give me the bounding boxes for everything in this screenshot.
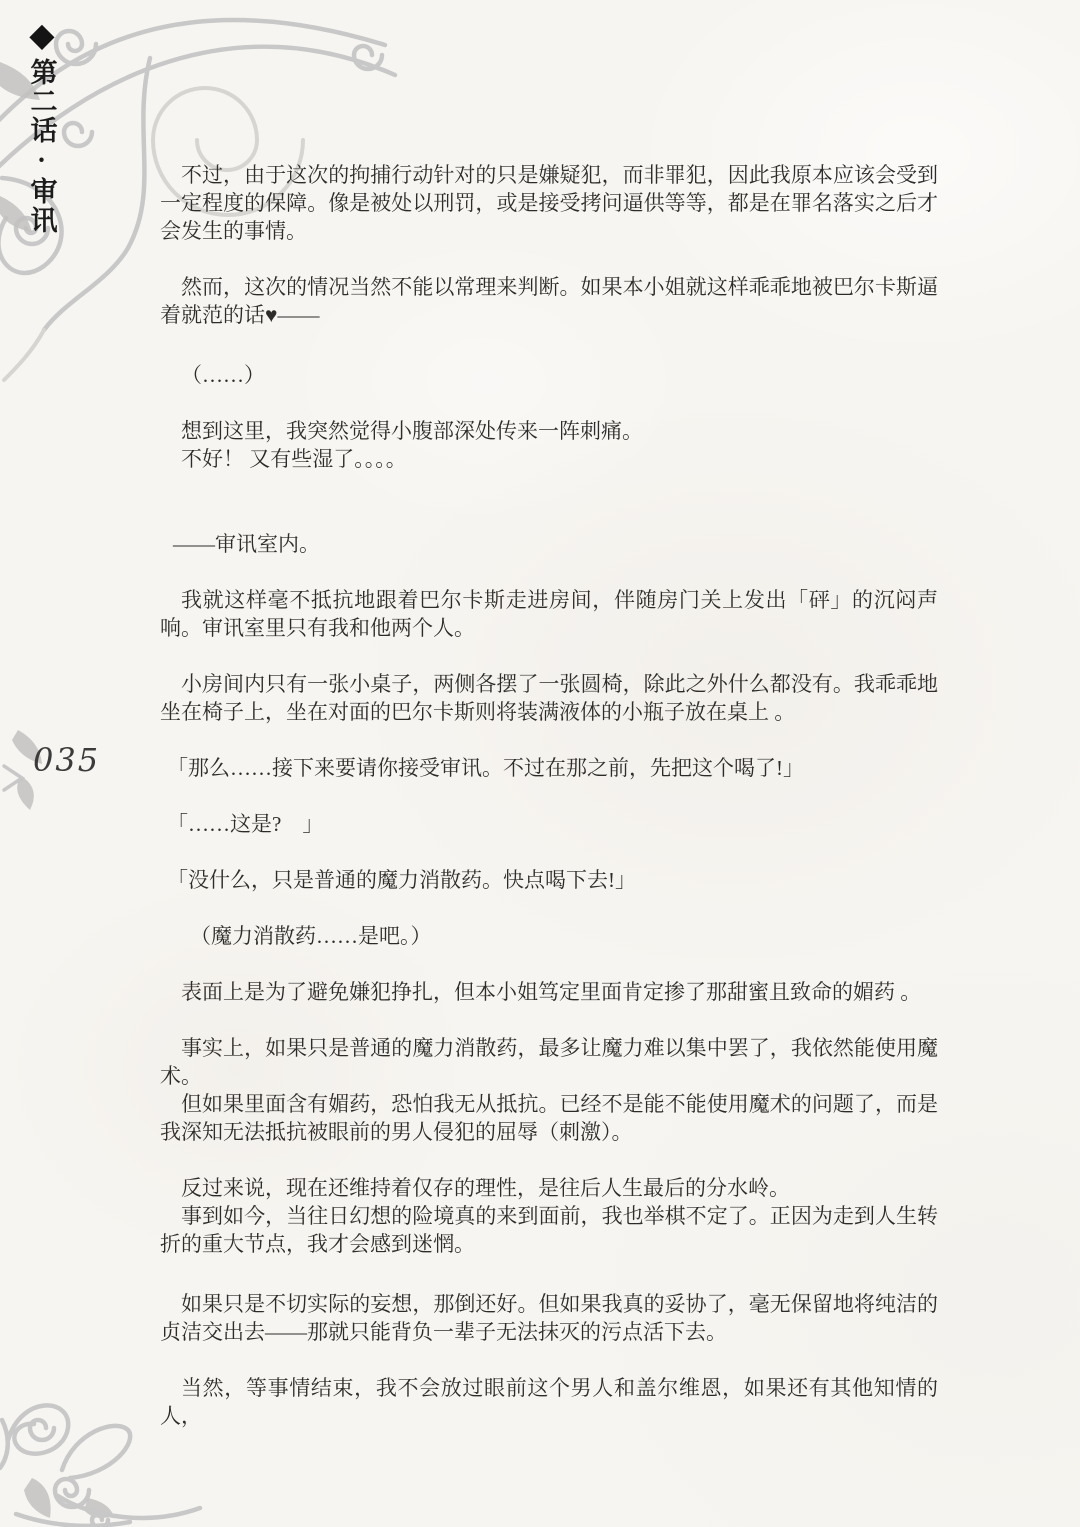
page-number: 035 <box>33 741 100 779</box>
paragraph: 「那么……接下来要请你接受审讯。不过在那之前，先把这个喝了!」 <box>160 754 938 782</box>
paragraph: 不过，由于这次的拘捕行动针对的只是嫌疑犯，而非罪犯，因此我原本应该会受到一定程度… <box>160 161 938 245</box>
paragraph: 但如果里面含有媚药，恐怕我无从抵抗。已经不是能不能使用魔术的问题了，而是我深知无… <box>160 1090 938 1146</box>
paragraph: 当然，等事情结束，我不会放过眼前这个男人和盖尔维恩，如果还有其他知情的人， <box>160 1374 938 1430</box>
paragraph: 事实上，如果只是普通的魔力消散药，最多让魔力难以集中罢了，我依然能使用魔术。 <box>160 1034 938 1090</box>
paragraph: 「没什么，只是普通的魔力消散药。快点喝下去!」 <box>160 866 938 894</box>
paragraph: 然而，这次的情况当然不能以常理来判断。如果本小姐就这样乖乖地被巴尔卡斯逼着就范的… <box>160 273 938 329</box>
paragraph: 想到这里，我突然觉得小腹部深处传来一阵刺痛。 <box>160 417 938 445</box>
paragraph: 不好！ 又有些湿了。。。。 <box>160 445 938 473</box>
paragraph: 小房间内只有一张小桌子，两侧各摆了一张圆椅，除此之外什么都没有。我乖乖地坐在椅子… <box>160 670 938 726</box>
paragraph: 表面上是为了避免嫌犯挣扎，但本小姐笃定里面肯定掺了那甜蜜且致命的媚药 。 <box>160 978 938 1006</box>
chapter-title: 第二话·审讯 <box>23 58 62 235</box>
paragraph: （魔力消散药……是吧。） <box>160 922 938 950</box>
paragraph: 反过来说，现在还维持着仅存的理性，是往后人生最后的分水岭。 <box>160 1174 938 1202</box>
paragraph: 事到如今，当往日幻想的险境真的来到面前，我也举棋不定了。正因为走到人生转折的重大… <box>160 1202 938 1258</box>
paragraph: 如果只是不切实际的妄想，那倒还好。但如果我真的妥协了，毫无保留地将纯洁的贞洁交出… <box>160 1290 938 1346</box>
paragraph: 「……这是? 」 <box>160 810 938 838</box>
paragraph: 我就这样毫不抵抗地跟着巴尔卡斯走进房间，伴随房门关上发出「砰」的沉闷声响。审讯室… <box>160 586 938 642</box>
paragraph: （……） <box>160 361 938 389</box>
paragraph: ——审讯室内。 <box>160 530 938 558</box>
novel-text: 不过，由于这次的拘捕行动针对的只是嫌疑犯，而非罪犯，因此我原本应该会受到一定程度… <box>160 161 938 1458</box>
diamond-icon: ◆ <box>29 20 54 53</box>
chapter-marker: ◆ 第二话·审讯 <box>18 20 66 235</box>
